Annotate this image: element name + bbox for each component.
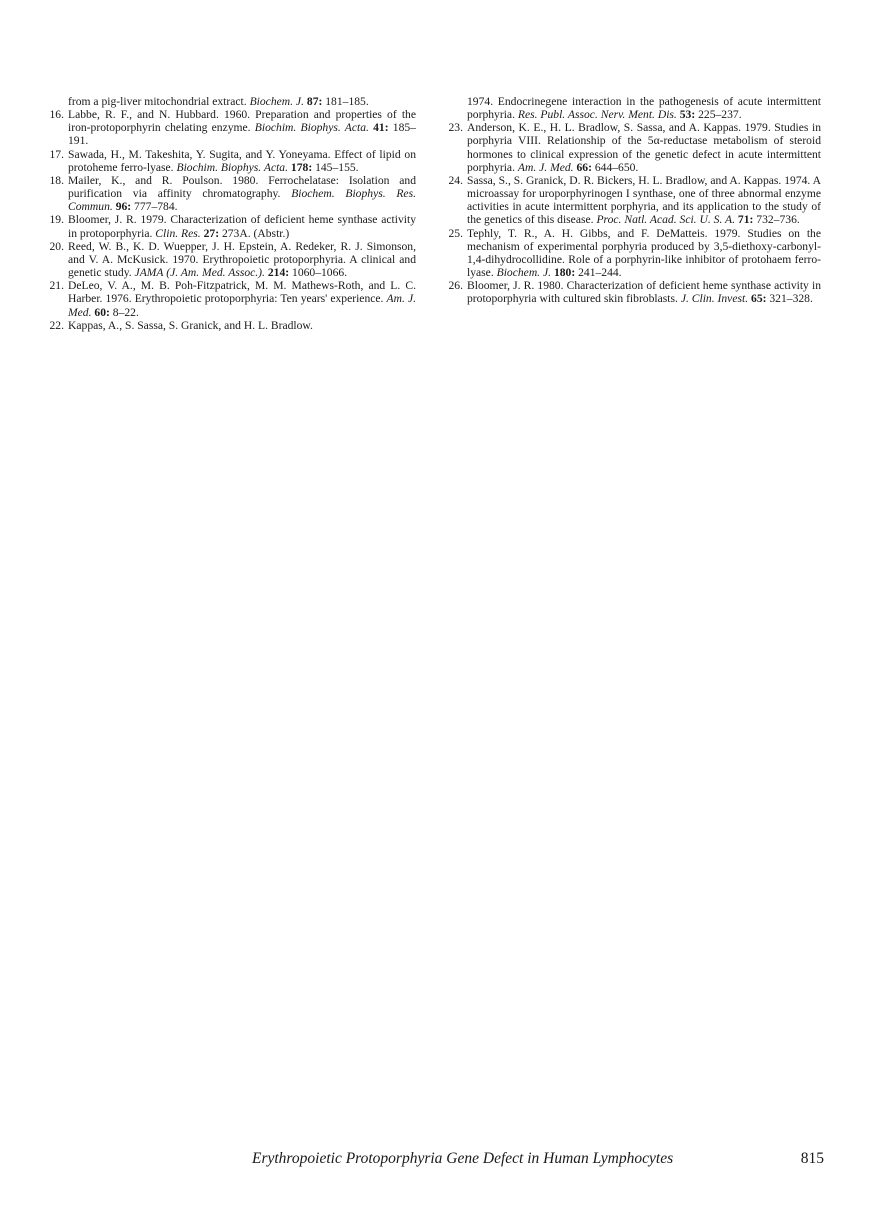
volume: 66: [576, 161, 591, 174]
volume: 65: [751, 292, 766, 305]
reference-body: DeLeo, V. A., M. B. Poh-Fitzpatrick, M. … [68, 279, 416, 318]
reference-column-right: 1974. Endocrinegene interaction in the p… [443, 95, 821, 306]
reference-body: Bloomer, J. R. 1980. Characterization of… [467, 279, 821, 305]
journal-name: Biochem. J. [250, 95, 304, 108]
volume: 178: [291, 161, 312, 174]
reference-text: Kappas, A., S. Sassa, S. Granick, and H.… [68, 319, 313, 332]
reference-body: Tephly, T. R., A. H. Gibbs, and F. DeMat… [467, 227, 821, 280]
reference-text: from a pig-liver mitochondrial extract. [68, 95, 250, 108]
reference-body: Mailer, K., and R. Poulson. 1980. Ferroc… [68, 174, 416, 213]
reference-item: 20.Reed, W. B., K. D. Wuepper, J. H. Eps… [44, 240, 416, 279]
reference-body: Bloomer, J. R. 1979. Characterization of… [68, 213, 416, 239]
reference-number: 21. [44, 279, 64, 292]
journal-name: JAMA (J. Am. Med. Assoc.). [135, 266, 265, 279]
journal-name: Am. J. Med. [518, 161, 574, 174]
reference-number: 26. [443, 279, 463, 292]
reference-number: 24. [443, 174, 463, 187]
reference-list: 23.Anderson, K. E., H. L. Bradlow, S. Sa… [443, 121, 821, 305]
pages: 145–155. [312, 161, 358, 174]
volume: 87: [307, 95, 322, 108]
reference-item: 25.Tephly, T. R., A. H. Gibbs, and F. De… [443, 227, 821, 280]
journal-name: Clin. Res. [155, 227, 200, 240]
page-footer: Erythropoietic Protoporphyria Gene Defec… [252, 1150, 824, 1168]
volume: 180: [554, 266, 575, 279]
reference-number: 22. [44, 319, 64, 332]
reference-number: 16. [44, 108, 64, 121]
reference-body: Sawada, H., M. Takeshita, Y. Sugita, and… [68, 148, 416, 174]
reference-item: 17.Sawada, H., M. Takeshita, Y. Sugita, … [44, 148, 416, 174]
pages: 181–185. [322, 95, 368, 108]
reference-body: Reed, W. B., K. D. Wuepper, J. H. Epstei… [68, 240, 416, 279]
journal-name: Biochem. J. [497, 266, 551, 279]
reference-number: 17. [44, 148, 64, 161]
reference-item: 22.Kappas, A., S. Sassa, S. Granick, and… [44, 319, 416, 332]
reference-number: 18. [44, 174, 64, 187]
reference-item: 23.Anderson, K. E., H. L. Bradlow, S. Sa… [443, 121, 821, 174]
reference-text: DeLeo, V. A., M. B. Poh-Fitzpatrick, M. … [68, 279, 416, 305]
pages: 644–650. [592, 161, 638, 174]
page-number: 815 [801, 1150, 824, 1168]
reference-number: 19. [44, 213, 64, 226]
reference-item: 26.Bloomer, J. R. 1980. Characterization… [443, 279, 821, 305]
journal-name: J. Clin. Invest. [681, 292, 748, 305]
pages: 8–22. [110, 306, 139, 319]
journal-name: Biochim. Biophys. Acta. [255, 121, 369, 134]
journal-name: Proc. Natl. Acad. Sci. U. S. A. [596, 213, 735, 226]
pages: 732–736. [753, 213, 799, 226]
pages: 225–237. [695, 108, 741, 121]
reference-continuation: 1974. Endocrinegene interaction in the p… [443, 95, 821, 121]
reference-continuation: from a pig-liver mitochondrial extract. … [44, 95, 416, 108]
reference-body: Labbe, R. F., and N. Hubbard. 1960. Prep… [68, 108, 416, 147]
pages: 241–244. [575, 266, 621, 279]
pages: 777–784. [131, 200, 177, 213]
volume: 41: [373, 121, 388, 134]
reference-body: Anderson, K. E., H. L. Bradlow, S. Sassa… [467, 121, 821, 174]
reference-body: Sassa, S., S. Granick, D. R. Bickers, H.… [467, 174, 821, 227]
reference-number: 20. [44, 240, 64, 253]
reference-number: 25. [443, 227, 463, 240]
reference-body: Kappas, A., S. Sassa, S. Granick, and H.… [68, 319, 416, 332]
pages: 273A. (Abstr.) [219, 227, 289, 240]
pages: 321–328. [766, 292, 812, 305]
volume: 96: [116, 200, 131, 213]
reference-column-left: from a pig-liver mitochondrial extract. … [44, 95, 416, 332]
reference-item: 16.Labbe, R. F., and N. Hubbard. 1960. P… [44, 108, 416, 147]
reference-item: 21.DeLeo, V. A., M. B. Poh-Fitzpatrick, … [44, 279, 416, 318]
running-title: Erythropoietic Protoporphyria Gene Defec… [252, 1150, 673, 1167]
volume: 214: [268, 266, 289, 279]
volume: 60: [94, 306, 109, 319]
reference-list: 16.Labbe, R. F., and N. Hubbard. 1960. P… [44, 108, 416, 332]
volume: 27: [204, 227, 219, 240]
reference-item: 19.Bloomer, J. R. 1979. Characterization… [44, 213, 416, 239]
reference-item: 24.Sassa, S., S. Granick, D. R. Bickers,… [443, 174, 821, 227]
journal-name: Res. Publ. Assoc. Nerv. Ment. Dis. [518, 108, 677, 121]
journal-name: Biochim. Biophys. Acta. [176, 161, 288, 174]
reference-item: 18.Mailer, K., and R. Poulson. 1980. Fer… [44, 174, 416, 213]
reference-number: 23. [443, 121, 463, 134]
volume: 53: [680, 108, 695, 121]
pages: 1060–1066. [289, 266, 347, 279]
volume: 71: [738, 213, 753, 226]
